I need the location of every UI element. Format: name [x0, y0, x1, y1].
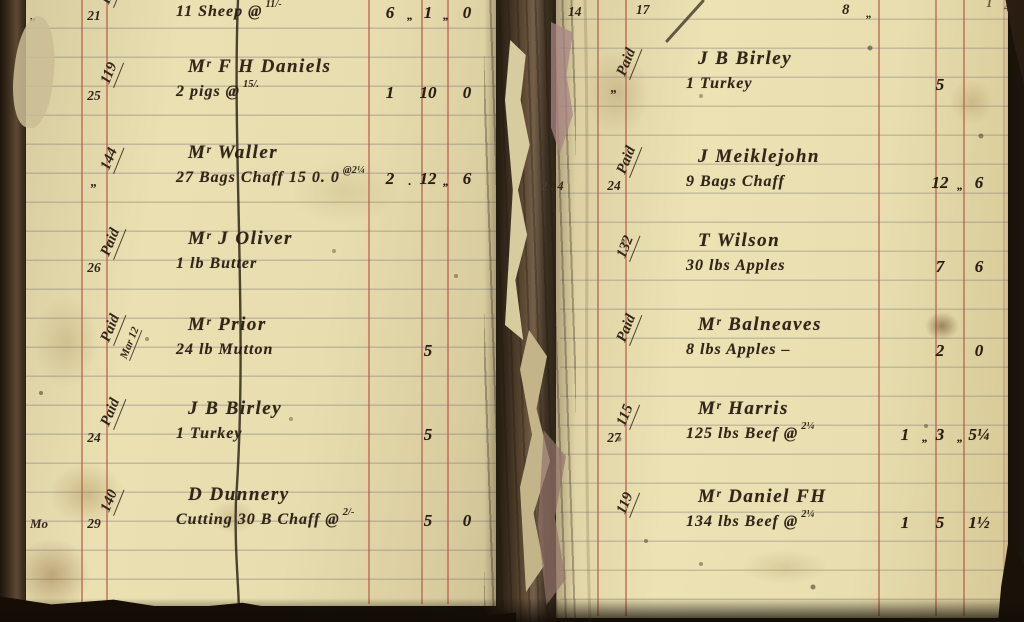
page-edge-shadow	[1004, 0, 1024, 622]
book-fold	[484, 0, 576, 622]
ledger-page-left	[26, 0, 496, 606]
red-rule	[963, 0, 965, 616]
red-rule	[81, 0, 83, 604]
cutoff-figure: 1	[986, 0, 993, 11]
folio-number: 17	[636, 2, 650, 18]
red-rule	[368, 0, 370, 604]
red-rule	[878, 0, 880, 616]
page-edge-shadow	[0, 598, 1024, 622]
ledger-book-scan: 14 17 8 „ 1 4 „ 21 Paid 11 Sheep @11/- 6…	[0, 0, 1024, 622]
red-rule	[935, 0, 937, 616]
ditto-mark: „	[866, 6, 872, 21]
item-description: 8	[842, 2, 850, 19]
red-rule	[597, 0, 599, 616]
red-rule	[625, 0, 627, 616]
red-rule	[106, 0, 108, 604]
red-rule	[421, 0, 423, 604]
ledger-page-right	[556, 0, 1008, 618]
red-rule	[447, 0, 449, 604]
